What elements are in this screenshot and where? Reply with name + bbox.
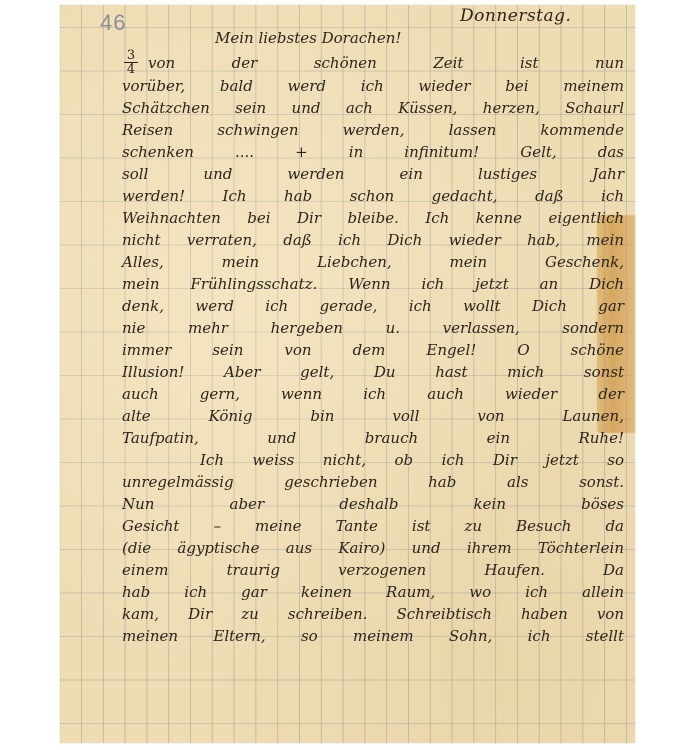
page-number: 46 xyxy=(100,10,126,36)
body-line: Schätzchen sein und ach Küssen, herzen, … xyxy=(122,99,624,117)
body-line: kam, Dir zu schreiben. Schreibtisch habe… xyxy=(122,605,624,623)
body-line: mein Frühlingsschatz. Wenn ich jetzt an … xyxy=(122,275,624,293)
fraction-three-quarters: 3 4 xyxy=(124,50,138,75)
body-line: Illusion! Aber gelt, Du hast mich sonst xyxy=(122,363,624,381)
body-line: alte König bin voll von Launen, xyxy=(122,407,624,425)
body-line: immer sein von dem Engel! O schöne xyxy=(122,341,624,359)
body-line: einem traurig verzogenen Haufen. Da xyxy=(122,561,624,579)
body-line: Weihnachten bei Dir bleibe. Ich kenne ei… xyxy=(122,209,624,227)
body-line: denk, werd ich gerade, ich wollt Dich ga… xyxy=(122,297,624,315)
body-line: nicht verraten, daß ich Dich wieder hab,… xyxy=(122,231,624,249)
body-line: Nun aber deshalb kein böses xyxy=(122,495,624,513)
body-line: Alles, mein Liebchen, mein Geschenk, xyxy=(122,253,624,271)
body-line: nie mehr hergeben u. verlassen, sondern xyxy=(122,319,624,337)
body-line: Ich weiss nicht, ob ich Dir jetzt so xyxy=(200,451,624,469)
body-line: unregelmässig geschrieben hab als sonst. xyxy=(122,473,624,491)
body-line: Taufpatin, und brauch ein Ruhe! xyxy=(122,429,624,447)
body-line: (die ägyptische aus Kairo) und ihrem Töc… xyxy=(122,539,624,557)
body-line: Reisen schwingen werden, lassen kommende xyxy=(122,121,624,139)
body-line: soll und werden ein lustiges Jahr xyxy=(122,165,624,183)
body-line: meinen Eltern, so meinem Sohn, ich stell… xyxy=(122,627,624,645)
body-line: auch gern, wenn ich auch wieder der xyxy=(122,385,624,403)
body-line: von der schönen Zeit ist nun xyxy=(148,54,624,72)
body-line: schenken .... + in infinitum! Gelt, das xyxy=(122,143,624,161)
body-line: werden! Ich hab schon gedacht, daß ich xyxy=(122,187,624,205)
salutation: Mein liebstes Dorachen! xyxy=(215,29,401,47)
body-line: vorüber, bald werd ich wieder bei meinem xyxy=(122,77,624,95)
fraction-numerator: 3 xyxy=(127,48,135,63)
body-line: hab ich gar keinen Raum, wo ich allein xyxy=(122,583,624,601)
body-line: Gesicht – meine Tante ist zu Besuch da xyxy=(122,517,624,535)
fraction-denominator: 4 xyxy=(127,62,135,77)
letter-date: Donnerstag. xyxy=(460,6,571,26)
